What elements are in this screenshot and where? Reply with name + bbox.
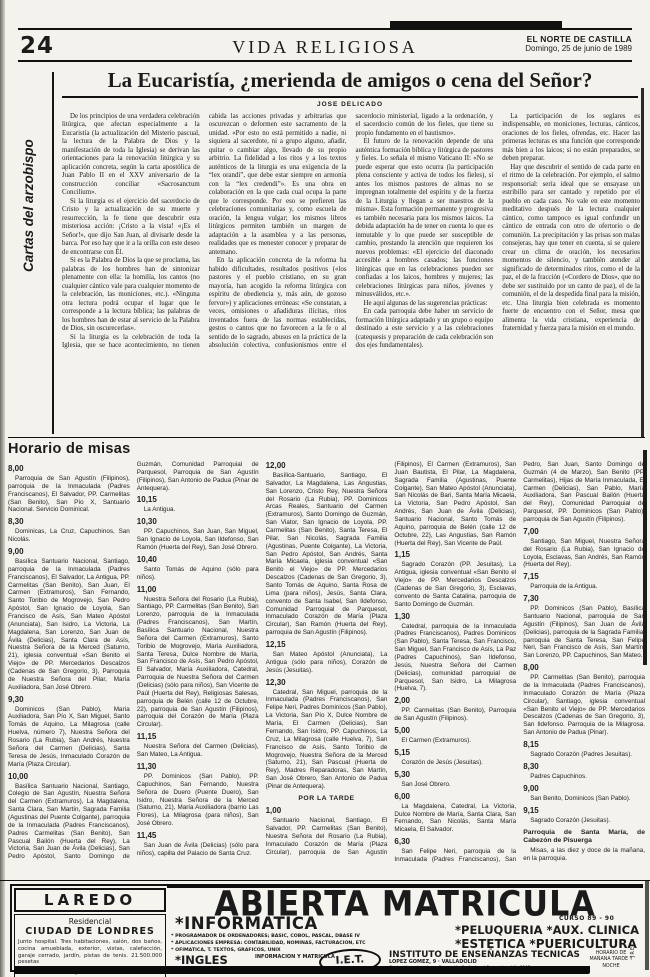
mass-subheading: POR LA TARDE (266, 795, 388, 803)
page-edge-line (641, 88, 644, 438)
masthead-top-thick-rule (390, 21, 562, 29)
mass-churches: Nuestra Señora del Rosario (La Rubia), S… (137, 596, 259, 730)
mass-time: 6,30 (394, 837, 516, 847)
mass-churches: Catedral, parroquia de la Inmaculada (Pa… (394, 623, 516, 694)
mass-churches: PP. Dominicos (San Pablo), PP. Capuchino… (137, 773, 259, 828)
mass-entry: 5,00El Carmen (Extramuros). (394, 726, 516, 745)
mass-churches: La Antigua. (137, 506, 259, 514)
mass-time: 8,00 (8, 464, 130, 474)
mass-time: 9,00 (8, 547, 130, 557)
mass-churches: Parroquia de San Agustín (Filipinos), pa… (8, 475, 130, 514)
mass-churches: San Juan de Ávila (Delicias) (sólo para … (137, 842, 259, 858)
article-paragraph: Hay que descubrir el sentido de cada par… (502, 164, 640, 334)
issue-date: Domingo, 25 de junio de 1989 (525, 44, 632, 54)
mass-time: 7,00 (523, 527, 645, 537)
mass-schedule-columns: 8,00Parroquia de San Agustín (Filipinos)… (8, 461, 645, 878)
mass-churches: El Carmen (Extramuros). (394, 737, 516, 745)
mass-entry: POR LA TARDE (266, 795, 388, 803)
scan-edge-left (0, 0, 5, 977)
mass-churches: Padres Capuchinos. (523, 773, 645, 781)
mass-time: 9,15 (523, 806, 645, 816)
mass-churches: San Benito, Dominicos (San Pablo). (523, 795, 645, 803)
mass-entry: 9,00San Benito, Dominicos (San Pablo). (523, 784, 645, 803)
article-body: De los principios de una verdadera celeb… (62, 113, 640, 433)
article-paragraph: He aquí algunas de las sugerencias práct… (356, 300, 494, 308)
mass-churches: Sagrado Corazón (Jesuitas). (523, 817, 645, 825)
iet-estetica-label: *ESTETICA *PUERICULTURA (455, 937, 637, 951)
mass-entry: 5,30San José Obrero. (394, 770, 516, 789)
mass-time: 11,30 (137, 762, 259, 772)
laredo-ad: LAREDO Residencial CIUDAD DE LONDRES Jun… (10, 884, 170, 972)
article-paragraph: En cada parroquia debe haber un servicio… (356, 308, 494, 350)
mass-churches: Dominicas, La Cruz, Capuchinos, San Nico… (8, 528, 130, 544)
iet-course-line: * APLICACIONES EMPRESA: CONTABILIDAD, NO… (171, 940, 431, 947)
mass-time: 10,40 (137, 555, 259, 565)
mass-time: 6,00 (394, 792, 516, 802)
mass-entry: 11,00Nuestra Señora del Rosario (La Rubi… (137, 585, 259, 730)
mass-entry: 6,00La Magdalena, Catedral, La Victoria,… (394, 792, 516, 834)
mass-entry: 1,30Catedral, parroquia de la Inmaculada… (394, 612, 516, 694)
mass-entry: 10,40Santo Tomás de Aquino (sólo para ni… (137, 555, 259, 582)
mass-churches: Basílica-Santuario, Santiago, El Salvado… (266, 472, 388, 637)
mass-entry: 8,30Dominicas, La Cruz, Capuchinos, San … (8, 517, 130, 544)
mass-entry: 8,00Parroquia de San Agustín (Filipinos)… (8, 464, 130, 514)
page-edge-line (645, 880, 649, 970)
mass-entry: 12,00Basílica-Santuario, Santiago, El Sa… (266, 461, 388, 637)
mass-time: 8,30 (523, 762, 645, 772)
mass-time: 5,15 (394, 748, 516, 758)
mass-entry: 1,15Sagrado Corazón (PP. Jesuitas), La A… (394, 550, 516, 608)
laredo-subtitle: Residencial (18, 917, 162, 926)
mass-churches: Dominicos (San Pablo), María Auxiliadora… (8, 706, 130, 769)
mass-time: 10,30 (137, 517, 259, 527)
mass-time: 9,00 (523, 784, 645, 794)
iet-course-year: CURSO 89 - 90 (559, 915, 614, 922)
mass-entry: 10,30PP. Capuchinos, San Juan, San Migue… (137, 517, 259, 552)
mass-churches: La Magdalena, Catedral, La Victoria, Dul… (394, 803, 516, 834)
paper-name: EL NORTE DE CASTILLA (525, 34, 632, 44)
mass-time: 1,30 (394, 612, 516, 622)
mass-entry: 7,15Parroquia de la Antigua. (523, 572, 645, 591)
mass-entry: 8,30Padres Capuchinos. (523, 762, 645, 781)
mass-churches: Parroquia de la Antigua. (523, 583, 645, 591)
mass-time: 9,30 (8, 695, 130, 705)
mass-entry: 10,15La Antigua. (137, 495, 259, 514)
iet-ad: ABIERTA MATRICULA CURSO 89 - 90 *INFORMA… (167, 884, 643, 970)
mass-churches: Catedral, San Miguel, parroquia de la In… (266, 689, 388, 791)
article-paragraph: Si la liturgia es el ejercicio del sacer… (62, 198, 200, 257)
laredo-description: Junto hospital. Tres habitaciones, salón… (18, 939, 162, 966)
iet-ingles-label: *INGLES (175, 953, 228, 967)
mass-time: 10,00 (8, 772, 130, 782)
article-paragraph: La participación de los seglares es indi… (502, 113, 640, 164)
mass-time: 7,30 (523, 594, 645, 604)
iet-schedule-note: HORARIO DE MAÑANA TARDE Y NOCHE (587, 951, 635, 970)
mass-time: 12,30 (266, 678, 388, 688)
mass-churches: San Mateo Apóstol (Anunciata), La Antigu… (266, 651, 388, 675)
mass-time: 5,30 (394, 770, 516, 780)
title-rule (62, 96, 638, 98)
mass-time: 7,15 (523, 572, 645, 582)
mass-entry: 11,30PP. Dominicos (San Pablo), PP. Capu… (137, 762, 259, 828)
mass-entry: 12,30Catedral, San Miguel, parroquia de … (266, 678, 388, 791)
iet-informatica-label: *INFORMATICA (175, 914, 318, 933)
mass-time: 10,15 (137, 495, 259, 505)
mass-churches: Sagrado Corazón (Padres Jesuitas). (523, 751, 645, 759)
mass-time: 8,15 (523, 740, 645, 750)
iet-signature: JRE (630, 946, 636, 957)
mass-time: 1,00 (266, 806, 388, 816)
mass-churches: Sagrado Corazón (PP. Jesuitas), La Antig… (394, 561, 516, 608)
bottom-ink-bar (14, 966, 590, 974)
mass-subheading: Parroquia de Santa María, de Cabezón de … (523, 829, 645, 846)
mass-churches: Basílica Santuario Nacional, Santiago, p… (8, 558, 130, 692)
mass-churches: Santiago, San Miguel, Nuestra Señora del… (523, 538, 645, 569)
mass-time: 11,15 (137, 732, 259, 742)
masthead-bottom-rule (18, 60, 632, 62)
mass-time: 11,00 (137, 585, 259, 595)
mass-entry: 8,00PP. Carmelitas (San Benito), parroqu… (523, 663, 645, 737)
mass-churches: PP. Capuchinos, San Juan, San Miguel, Sa… (137, 528, 259, 552)
mass-entry: 7,00Santiago, San Miguel, Nuestra Señora… (523, 527, 645, 569)
mass-entry: Parroquia de Santa María, de Cabezón de … (523, 829, 645, 864)
mass-time: 5,00 (394, 726, 516, 736)
mass-entry: 8,15Sagrado Corazón (Padres Jesuitas). (523, 740, 645, 759)
mass-time: 8,30 (8, 517, 130, 527)
ads-divider-rule (0, 880, 650, 881)
article-byline: JOSE DELICADO (60, 101, 640, 108)
mass-entry: 5,15Corazón de Jesús (Jesuitas). (394, 748, 516, 767)
laredo-ad-title: LAREDO (14, 888, 166, 912)
mass-entry: 9,30Dominicos (San Pablo), María Auxilia… (8, 695, 130, 769)
mass-schedule-heading: Horario de misas (8, 441, 130, 457)
mass-churches: Nuestra Señora del Carmen (Delicias), Sa… (137, 743, 259, 759)
column-kicker: Cartas del arzobispo (21, 82, 39, 272)
mass-time: 12,15 (266, 640, 388, 650)
mass-churches: PP. Dominicos (San Pablo), Basílica Sant… (523, 605, 645, 660)
section-divider-rule (8, 437, 645, 438)
laredo-residence-name: CIUDAD DE LONDRES (18, 926, 162, 937)
mass-churches: Santo Tomás de Aquino (sólo para niños). (137, 566, 259, 582)
mass-time: 8,00 (523, 663, 645, 673)
mass-entry: 12,15San Mateo Apóstol (Anunciata), La A… (266, 640, 388, 675)
kicker-rule (52, 72, 54, 434)
mass-churches: PP. Carmelitas (San Benito), Parroquia d… (394, 707, 516, 723)
mass-time: 1,15 (394, 550, 516, 560)
iet-peluqueria-label: *PELUQUERIA *AUX. CLINICA (455, 923, 639, 937)
article-paragraph: De los principios de una verdadera celeb… (62, 113, 200, 198)
mass-time: 2,00 (394, 696, 516, 706)
mass-entry: 7,30PP. Dominicos (San Pablo), Basílica … (523, 594, 645, 660)
iet-course-line: * PROGRAMADOR DE ORDENADORES; BASIC, COB… (171, 933, 431, 940)
article-title: La Eucaristía, ¿merienda de amigos o cen… (60, 68, 640, 93)
mass-entry: 9,15Sagrado Corazón (Jesuitas). (523, 806, 645, 825)
mass-time: 11,45 (137, 831, 259, 841)
mass-entry: 11,15Nuestra Señora del Carmen (Delicias… (137, 732, 259, 759)
mass-churches: Misas, a las diez y doce de la mañana, e… (523, 847, 645, 863)
mass-entry: 11,45San Juan de Ávila (Delicias) (sólo … (137, 831, 259, 858)
mass-entry: 2,00PP. Carmelitas (San Benito), Parroqu… (394, 696, 516, 723)
mass-churches: PP. Carmelitas (San Benito), parroquia d… (523, 674, 645, 737)
mass-churches: Corazón de Jesús (Jesuitas). (394, 759, 516, 767)
masthead-right-block: EL NORTE DE CASTILLA Domingo, 25 de juni… (525, 34, 632, 54)
mass-churches: San José Obrero. (394, 781, 516, 789)
mass-time: 12,00 (266, 461, 388, 471)
newspaper-page: 24 VIDA RELIGIOSA EL NORTE DE CASTILLA D… (0, 0, 650, 977)
article-paragraph: Si es la Palabra de Dios la que se procl… (62, 257, 200, 333)
article-paragraph: El futuro de la renovación depende de un… (356, 138, 494, 299)
mass-entry: 9,00Basílica Santuario Nacional, Santiag… (8, 547, 130, 692)
